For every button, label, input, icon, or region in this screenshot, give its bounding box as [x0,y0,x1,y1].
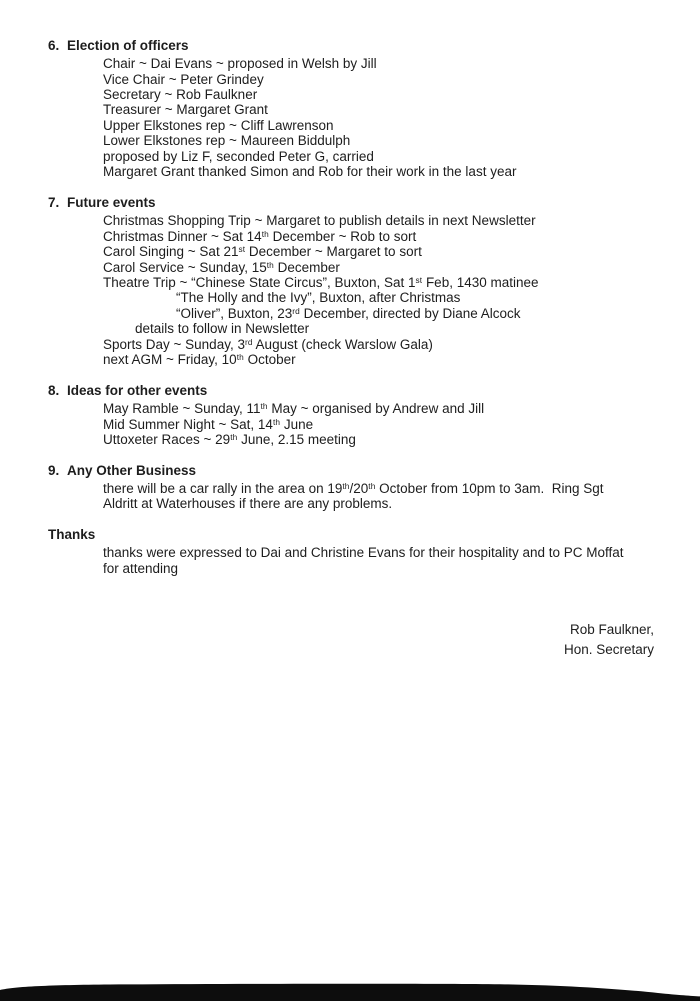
signature-block: Rob Faulkner,Hon. Secretary [0,620,700,660]
minutes-line: Christmas Shopping Trip ~ Margaret to pu… [0,213,700,228]
scan-artifact [0,971,700,1001]
document-page: 6.Election of officersChair ~ Dai Evans … [0,0,700,1001]
minutes-line: details to follow in Newsletter [0,321,700,336]
section-title: Future events [67,195,156,210]
minutes-line: Theatre Trip ~ “Chinese State Circus”, B… [0,275,700,290]
ordinal-suffix: rd [245,337,253,347]
section-number: 6. [48,38,67,53]
minutes-line: Carol Singing ~ Sat 21st December ~ Marg… [0,244,700,259]
minutes-line: for attending [0,561,700,576]
section-6: 6.Election of officersChair ~ Dai Evans … [0,38,700,180]
section-title: Thanks [48,527,95,542]
ordinal-suffix: th [237,352,244,362]
ordinal-suffix: th [273,417,280,427]
ordinal-suffix: th [260,401,267,411]
section-heading: 8.Ideas for other events [0,383,700,398]
minutes-line: proposed by Liz F, seconded Peter G, car… [0,149,700,164]
minutes-line: there will be a car rally in the area on… [0,481,700,496]
minutes-line: Christmas Dinner ~ Sat 14th December ~ R… [0,229,700,244]
ordinal-suffix: th [262,229,269,239]
section-number: 9. [48,463,67,478]
minutes-line: Secretary ~ Rob Faulkner [0,87,700,102]
signature-name: Rob Faulkner, [0,620,654,640]
minutes-line: Vice Chair ~ Peter Grindey [0,72,700,87]
minutes-line: “The Holly and the Ivy”, Buxton, after C… [0,290,700,305]
minutes-line: next AGM ~ Friday, 10th October [0,352,700,367]
minutes-line: Chair ~ Dai Evans ~ proposed in Welsh by… [0,56,700,71]
minutes-line: Treasurer ~ Margaret Grant [0,102,700,117]
minutes-line: Sports Day ~ Sunday, 3rd August (check W… [0,337,700,352]
minutes-line: Margaret Grant thanked Simon and Rob for… [0,164,700,179]
section-title: Ideas for other events [67,383,207,398]
section-heading: 9.Any Other Business [0,463,700,478]
section-heading: 6.Election of officers [0,38,700,53]
minutes-line: thanks were expressed to Dai and Christi… [0,545,700,560]
section-8: 8.Ideas for other eventsMay Ramble ~ Sun… [0,383,700,447]
minutes-line: Aldritt at Waterhouses if there are any … [0,496,700,511]
section-number: 8. [48,383,67,398]
section-heading: 7.Future events [0,195,700,210]
minutes-line: Uttoxeter Races ~ 29th June, 2.15 meetin… [0,432,700,447]
ordinal-suffix: st [416,275,423,285]
ordinal-suffix: th [267,260,274,270]
ordinal-suffix: th [368,481,375,491]
section-title: Any Other Business [67,463,196,478]
ordinal-suffix: st [238,244,245,254]
signature-role: Hon. Secretary [0,640,654,660]
scan-artifact-shape [0,984,700,1001]
minutes-line: Carol Service ~ Sunday, 15th December [0,260,700,275]
section-title: Election of officers [67,38,189,53]
minutes-line: Mid Summer Night ~ Sat, 14th June [0,417,700,432]
minutes-line: Upper Elkstones rep ~ Cliff Lawrenson [0,118,700,133]
minutes-content: 6.Election of officersChair ~ Dai Evans … [0,38,700,660]
section-9: 9.Any Other Businessthere will be a car … [0,463,700,512]
section-thanks: Thanksthanks were expressed to Dai and C… [0,527,700,576]
section-heading: Thanks [0,527,700,542]
minutes-line: “Oliver”, Buxton, 23rd December, directe… [0,306,700,321]
section-7: 7.Future eventsChristmas Shopping Trip ~… [0,195,700,368]
minutes-line: Lower Elkstones rep ~ Maureen Biddulph [0,133,700,148]
ordinal-suffix: th [230,432,237,442]
ordinal-suffix: rd [292,306,300,316]
minutes-line: May Ramble ~ Sunday, 11th May ~ organise… [0,401,700,416]
section-number: 7. [48,195,67,210]
ordinal-suffix: th [342,481,349,491]
